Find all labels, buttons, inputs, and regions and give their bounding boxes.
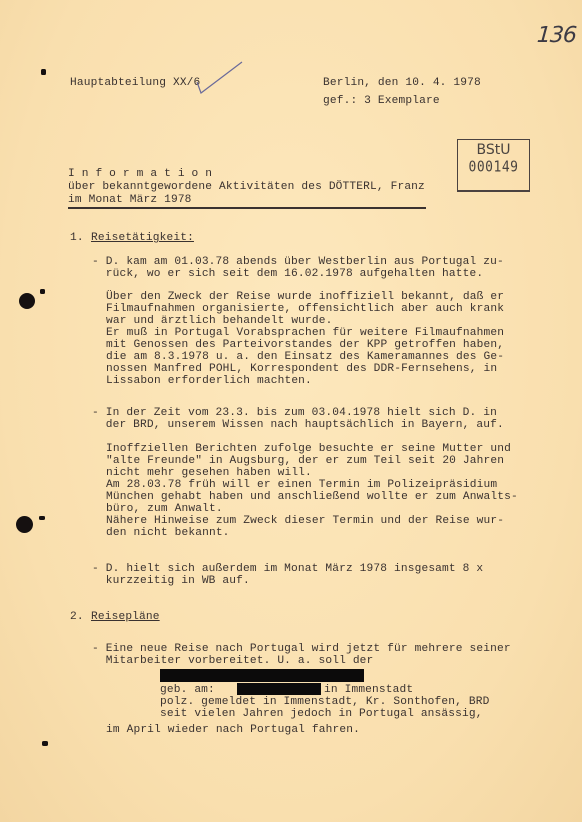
birth-place: in Immenstadt xyxy=(324,684,413,697)
document-period: im Monat März 1978 xyxy=(68,194,192,207)
copies-note: gef.: 3 Exemplare xyxy=(323,95,440,108)
document-page: 136 Hauptabteilung XX/6 Berlin, den 10. … xyxy=(0,0,582,822)
archive-stamp: BStU 000149 xyxy=(457,139,530,192)
registration-line: polz. gemeldet in Immenstadt, Kr. Sontho… xyxy=(160,696,489,709)
redacted-name xyxy=(160,669,364,682)
title-underline xyxy=(68,207,426,209)
section1-number: 1. xyxy=(70,232,84,245)
stamp-archive-name: BStU xyxy=(458,142,529,158)
document-heading: I n f o r m a t i o n xyxy=(68,168,212,181)
department-label: Hauptabteilung XX/6 xyxy=(70,77,200,90)
stamp-number: 000149 xyxy=(458,159,529,176)
margin-speck xyxy=(42,741,48,746)
birth-date-label: geb. am: xyxy=(160,684,215,697)
section2-heading: Reisepläne xyxy=(91,611,160,624)
punch-hole-bottom xyxy=(16,516,33,533)
residence-line: seit vielen Jahren jedoch in Portugal an… xyxy=(160,708,483,721)
section1-heading: Reisetätigkeit: xyxy=(91,232,194,245)
punch-hole-top xyxy=(19,293,35,309)
document-subject: über bekanntgewordene Aktivitäten des DÖ… xyxy=(68,181,425,194)
margin-speck xyxy=(40,289,45,294)
closing-line: im April wieder nach Portugal fahren. xyxy=(106,724,360,737)
section2-number: 2. xyxy=(70,611,84,624)
checkmark-icon xyxy=(195,60,245,96)
margin-speck xyxy=(39,516,45,520)
place-date: Berlin, den 10. 4. 1978 xyxy=(323,77,481,90)
margin-speck xyxy=(41,69,46,75)
handwritten-page-number: 136 xyxy=(536,23,577,48)
redacted-birth-date xyxy=(237,683,321,695)
